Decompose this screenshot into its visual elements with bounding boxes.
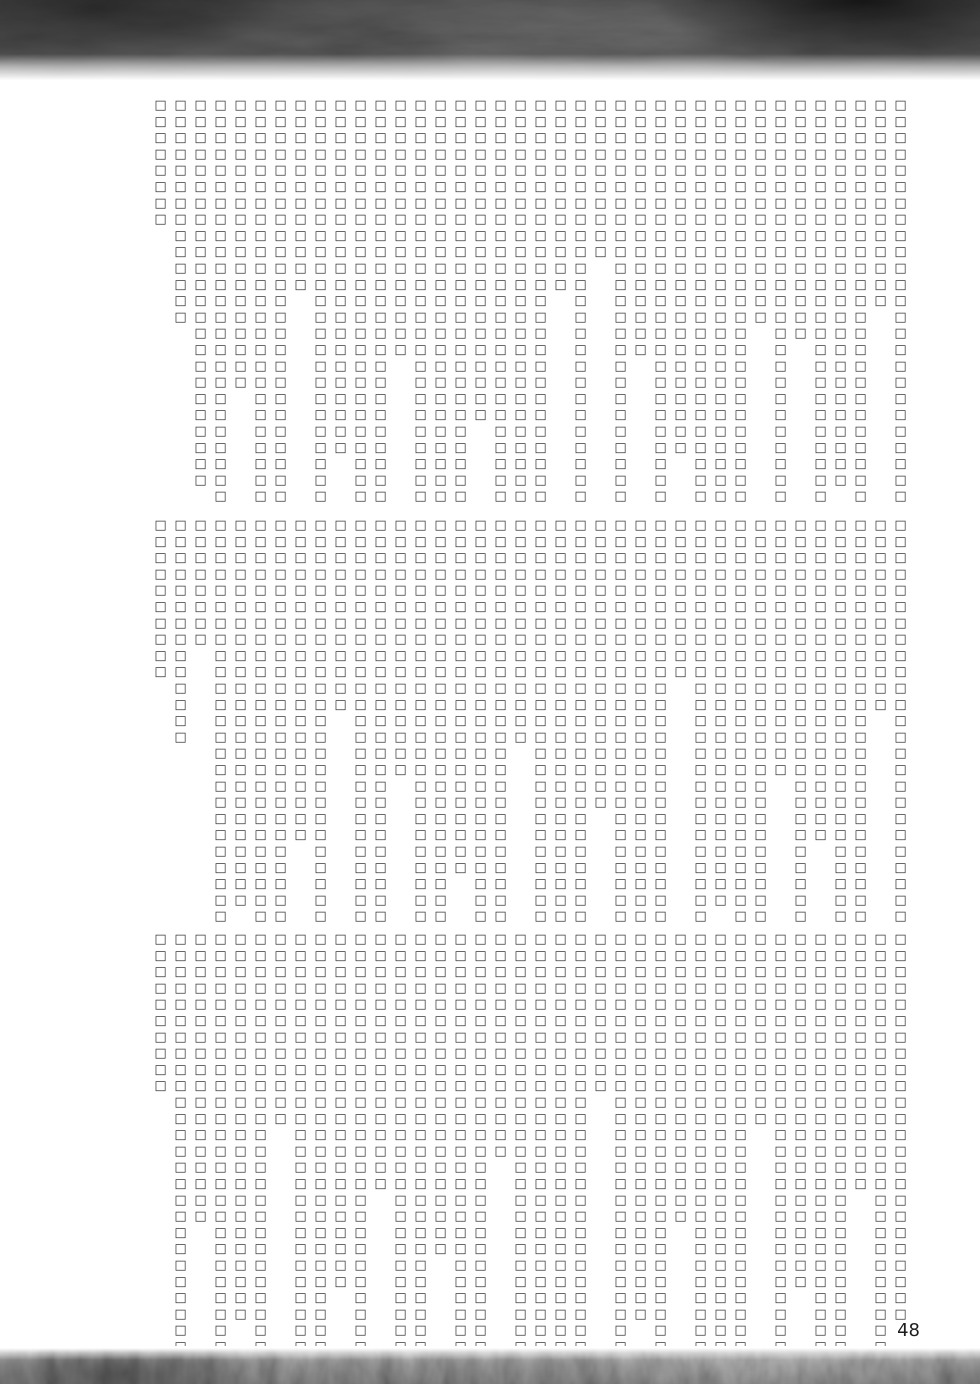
text-column-redacted: □□□□□□□□□□□□□□□□□□□□□□□□□□□□ <box>774 932 787 1346</box>
text-column-redacted: □□□□□□□□□□□□□□□□□□□□□□□□□□ <box>554 518 567 924</box>
text-column-redacted: □□□□□□□□□□ <box>594 932 607 1346</box>
text-column-redacted: □□□□□□□□□□□□ <box>294 98 307 506</box>
text-column-redacted: □□□□□□□□□□□□□□□□□□□□□□□□□□□□ <box>554 932 567 1346</box>
text-column-redacted: □□□□□□□□□□□□□□□□□□□□□□□□□□□□ <box>634 518 647 924</box>
band-fade-edge <box>0 1348 980 1360</box>
text-block-2: □□□□□□□□□□□□□□□□□□□□□□□□□□□□□□□□□□□□□□□□… <box>130 518 907 924</box>
text-column-redacted: □□□□□□□□□□□□□□□□□□□□□□□□□□□□ <box>274 98 287 506</box>
text-column-redacted: □□□□□□□□□□□□□□□□□□□□□□□□□□□□ <box>454 932 467 1346</box>
text-column-redacted: □□□□□□□□□□□□□□□□□□□□□□□□□□□□ <box>854 98 867 506</box>
text-column-redacted: □□□□□□□□□□□□□□□□□□□□□□□□□□ <box>494 98 507 506</box>
text-column-redacted: □□□□□□□□□□□□□□□□ <box>394 518 407 924</box>
text-column-redacted: □□□□□□□□□□□□□□□□□□□□□□□□□□□□ <box>374 518 387 924</box>
text-column-redacted: □□□□□□□□□□□□□□ <box>754 98 767 506</box>
text-column-redacted: □□□□□□□□□□□□□□□□□□□□□□□□□□□□ <box>734 518 747 924</box>
text-column-redacted: □□□□□□□□□□□□□□□□□□□□□□□□□□□□ <box>434 518 447 924</box>
text-column-redacted: □□□□□□□□□□□□□□□□ <box>634 98 647 506</box>
text-column-redacted: □□□□□□□□□□□□□□□ <box>794 98 807 506</box>
text-column-redacted: □□□□□□□□□□□□□ <box>874 98 887 506</box>
text-column-redacted: □□□□□□□□□□□□□□□□□□□□□□□□□□□□ <box>314 518 327 924</box>
text-column-redacted: □□□□□□□□□□□□□□□□□□□□□□□□□□□□ <box>354 932 367 1346</box>
text-column-redacted: □□□□□□□□□□□□□□□□□□□□□□□□□□□□ <box>694 518 707 924</box>
text-column-redacted: □□□□□□□□□□□□□□□□□□□□□□□□□□□□ <box>474 518 487 924</box>
text-column-redacted: □□□□□□□□□□□□□□□□ <box>394 98 407 506</box>
text-column-redacted: □□□□□□□□□□□□□□□□□□□□□□□□ <box>194 98 207 506</box>
text-column-redacted: □□□□□□□□□□□□□□□□□□□□□□□□□□□□ <box>834 518 847 924</box>
text-column-redacted: □□□□□□□□□□□□□□□□□□□□□□ <box>674 98 687 506</box>
text-column-redacted: □□□□□□□□□□□□□□□□□□□□□□□□ <box>234 518 247 924</box>
text-column-redacted: □□□□□□□□□□□□□□□□□□□□□□□□□□□□ <box>174 932 187 1346</box>
text-column-redacted: □□□□□□□□□□□□□□□□ <box>854 932 867 1346</box>
text-column-redacted: □□□□□□□□□□□□□□□□□□□□□□□□□□□□ <box>214 518 227 924</box>
text-column-redacted: □□□□□□□□□□□□□□□□□□□□ <box>294 518 307 924</box>
band-fade-edge <box>0 54 980 82</box>
text-column-redacted: □□□□□□□□□□□□□□□□□□□□□□□□□□□□ <box>214 932 227 1346</box>
text-column-redacted: □□□□□□□□□□□□□□ <box>174 518 187 924</box>
text-column-redacted: □□□□□□□□□□□□□□□□□□□□□□□□□□□□ <box>614 932 627 1346</box>
text-column-redacted: □□□□□□□□□□□□□□□□□□□□□□□□□□□□ <box>894 98 907 506</box>
text-column-redacted: □□□□□□□□□□□□□□□□□□□□□□□□□□□□ <box>414 98 427 506</box>
text-column-redacted: □□□□□□□□□□□□□□□□□□□□□□□□□□□□ <box>574 932 587 1346</box>
text-column-redacted: □□□□□□□□□□□□□□□□ <box>774 518 787 924</box>
text-column-redacted: □□□□□□□□□□□□□□□□□□□□□□□□□□□□ <box>654 518 667 924</box>
text-column-redacted: □□□□□□□□□□□□□□□□□□□□□□□□ <box>634 932 647 1346</box>
text-column-redacted: □□□□□□□□□□□□□□□□□□□□□□□□□□□□ <box>514 98 527 506</box>
text-column-redacted: □□□□□□□□□□□□□□□□□□□□□□□□□□□□ <box>254 98 267 506</box>
text-column-redacted: □□□□□□□□□□□□□□□□□□ <box>234 98 247 506</box>
text-column-redacted: □□□□□□□□□□□□□□□□□□□□□□□□□□□□ <box>574 98 587 506</box>
text-column-redacted: □□□□□□□□□□□□□□□□□□□□□□□□□□□□ <box>734 98 747 506</box>
text-column-redacted: □□□□□□□□□□□□□□□□□□□□□□□□□□□□ <box>214 98 227 506</box>
text-column-redacted: □□□□□□□□□□ <box>154 932 167 1346</box>
text-column-redacted: □□□□□□□□□□□□□□□□□□□□□□□□□□□□ <box>394 932 407 1346</box>
text-column-redacted: □□□□□□□□□□□□ <box>274 932 287 1346</box>
text-column-redacted: □□□□□□□□□□□□□□ <box>514 518 527 924</box>
text-column-redacted: □□□□□□□□□□□□□□□□□□□□□□□□□□□□ <box>654 98 667 506</box>
text-column-redacted: □□□□□□□□□□□□□□□□□□□□ <box>434 932 447 1346</box>
text-column-redacted: □□□□□□□□□□□□□□□□□□□□□□□□□□□□ <box>254 932 267 1346</box>
text-column-redacted: □□□□□□□□□□□□□□□□□□□□ <box>474 98 487 506</box>
text-column-redacted: □□□□□□□□□□□□□□□□□□ <box>594 518 607 924</box>
text-column-redacted: □□□□□□□□□□□□□□□□□□□□□□□□□□□□ <box>254 518 267 924</box>
text-column-redacted: □□□□□□□□□□□□□□ <box>494 932 507 1346</box>
top-texture-band <box>0 0 980 82</box>
text-column-redacted: □□□□□□□□□□□□□□□□□□□□□□□□ <box>234 932 247 1346</box>
text-column-redacted: □□□□□□□□□□□□□□□□□□□□□□□□□□□□ <box>534 518 547 924</box>
text-column-redacted: □□□□□□□□□□□□□□□□□□□□□□□□□□□□ <box>274 518 287 924</box>
text-column-redacted: □□□□□□□□□□□□□□□□□□□□□□□□□□□□ <box>754 518 767 924</box>
text-column-redacted: □□□□□□□□□□□□ <box>754 932 767 1346</box>
text-column-redacted: □□□□□□□□□□□□□□□□□□□□□□□□□□□□ <box>814 98 827 506</box>
page-number: 48 <box>897 1322 920 1340</box>
text-column-redacted: □□□□□□□□□□□□□□□□□□□□□□□□□□□□ <box>894 518 907 924</box>
text-column-redacted: □□□□□□□□□□□□□□□□□□□□□□□□□□□□ <box>614 518 627 924</box>
text-column-redacted: □□□□□□□□□□□□□□□□□□□□□□□□□□□□ <box>874 932 887 1346</box>
text-column-redacted: □□□□□□□□□□□□□□□□□□□□□□□□□□□□ <box>454 98 467 506</box>
text-column-redacted: □□□□□□□□□□□□□□□□□□□□□□□□□□□□ <box>834 932 847 1346</box>
text-column-redacted: □□□□□□□□□□□□□□□□□□□□□□□□□□ <box>534 932 547 1346</box>
bottom-texture-band <box>0 1348 980 1384</box>
text-column-redacted: □□□□□□□□□□□□□□□□□□□□□□ <box>334 932 347 1346</box>
scanned-page: □□□□□□□□□□□□□□□□□□□□□□□□□□□□□□□□□□□□□□□□… <box>0 0 980 1384</box>
text-column-redacted: □□□□□□□□□□ <box>594 98 607 506</box>
text-column-redacted: □□□□□□□□□□□□□□□□□□□□□□□□□□□□ <box>794 518 807 924</box>
text-column-redacted: □□□□□□□□□□□□□□□□□□□□□□□□□□□□ <box>574 518 587 924</box>
text-column-redacted: □□□□□□□□□□□□□□□□□□□□ <box>814 518 827 924</box>
text-column-redacted: □□□□□□□□□□□□ <box>554 98 567 506</box>
text-column-redacted: □□□□□□□□□□□□□□□□□□□□□□□□□□□□ <box>414 518 427 924</box>
text-column-redacted: □□□□□□□□□□□□□□□□□□□□□□ <box>334 98 347 506</box>
text-column-redacted: □□□□□□□□□□□□□□□□□□□□□□ <box>454 518 467 924</box>
text-column-redacted: □□□□□□□□□□□□□□□□□□□□□□□□□□□□ <box>654 932 667 1346</box>
text-column-redacted: □□□□□□□□□□□□□□□□ <box>374 932 387 1346</box>
text-column-redacted: □□□□□□□□□□□□□□□□□□□□□□□□□□□□ <box>814 932 827 1346</box>
text-column-redacted: □□□□□□□□□□□□□□□□□□□□□□□□□□□□ <box>774 98 787 506</box>
text-column-redacted: □□□□□□□□□□□□□□□□□□□□□□□□□□□□ <box>514 932 527 1346</box>
text-column-redacted: □□□□□□□□□□□□□□□□□□ <box>674 932 687 1346</box>
text-column-redacted: □□□□□□□□ <box>154 98 167 506</box>
text-column-redacted: □□□□□□□□□□□□□□□□□□□□□□□□□□□□ <box>494 518 507 924</box>
text-block-3: □□□□□□□□□□□□□□□□□□□□□□□□□□□□□□□□□□□□□□□□… <box>130 932 907 1346</box>
text-column-redacted: □□□□□□□□ <box>194 518 207 924</box>
text-column-redacted: □□□□□□□□□□□□ <box>334 518 347 924</box>
text-column-redacted: □□□□□□□□□□□□□□□□□□ <box>194 932 207 1346</box>
text-column-redacted: □□□□□□□□□□□□□□□□□□□□□□□□□□□□ <box>714 98 727 506</box>
text-column-redacted: □□□□□□□□□□□□□□□□□□□□□□□□ <box>834 98 847 506</box>
text-block-1: □□□□□□□□□□□□□□□□□□□□□□□□□□□□□□□□□□□□□□□□… <box>130 98 907 506</box>
text-column-redacted: □□□□□□□□□□□□□□□□□□□□□□□□□□□□ <box>434 98 447 506</box>
text-column-redacted: □□□□□□□□□□□□□□□□□□□□□□□□□□□□ <box>694 932 707 1346</box>
text-column-redacted: □□□□□□□□□□□□□□□□□□□□□□□□□□□□ <box>534 98 547 506</box>
text-column-redacted: □□□□□□□□□□□□□□□□□□□□□□□□□□□□ <box>734 932 747 1346</box>
text-column-redacted: □□□□□□□□□□□□□□□□□□□□□□□□ <box>894 932 907 1346</box>
text-column-redacted: □□□□□□□□□□ <box>674 518 687 924</box>
text-column-redacted: □□□□□□□□□□□□□□□□□□□□□□□□□□□□ <box>374 98 387 506</box>
text-column-redacted: □□□□□□□□□□ <box>154 518 167 924</box>
text-column-redacted: □□□□□□□□□□□□□□□□□□□□□□□□□□□□ <box>294 932 307 1346</box>
text-column-redacted: □□□□□□□□□□□□□□□□□□□□□□ <box>794 932 807 1346</box>
text-column-redacted: □□□□□□□□□□□□□□□□□□□□□□□□□□□□ <box>314 98 327 506</box>
text-column-redacted: □□□□□□□□□□□□□□□□□□□□□□□□□□□□ <box>314 932 327 1346</box>
text-column-redacted: □□□□□□□□□□□□□□□□□□□□□□□□□□□□ <box>354 518 367 924</box>
text-column-redacted: □□□□□□□□□□□□□□□□□□□□□□□□□□□□ <box>354 98 367 506</box>
text-column-redacted: □□□□□□□□□□□□□□□□□□□□□□□□□□□□ <box>614 98 627 506</box>
text-column-redacted: □□□□□□□□□□□□ <box>874 518 887 924</box>
text-column-redacted: □□□□□□□□□□□□□□ <box>174 98 187 506</box>
text-column-redacted: □□□□□□□□□□□□□□□□□□□□□□□□□□□□ <box>474 932 487 1346</box>
text-column-redacted: □□□□□□□□□□□□□□□□□□□□□□□□□□□□ <box>854 518 867 924</box>
text-column-redacted: □□□□□□□□□□□□□□□□□□□□□□□□□□□□ <box>714 932 727 1346</box>
text-column-redacted: □□□□□□□□□□□□□□□□□□□□□□□□□□□ <box>694 98 707 506</box>
text-column-redacted: □□□□□□□□□□□□□□□□□□□□□□□□ <box>714 518 727 924</box>
text-column-redacted: □□□□□□□□□□□□□□□□□□□□□□□□□□□□ <box>414 932 427 1346</box>
